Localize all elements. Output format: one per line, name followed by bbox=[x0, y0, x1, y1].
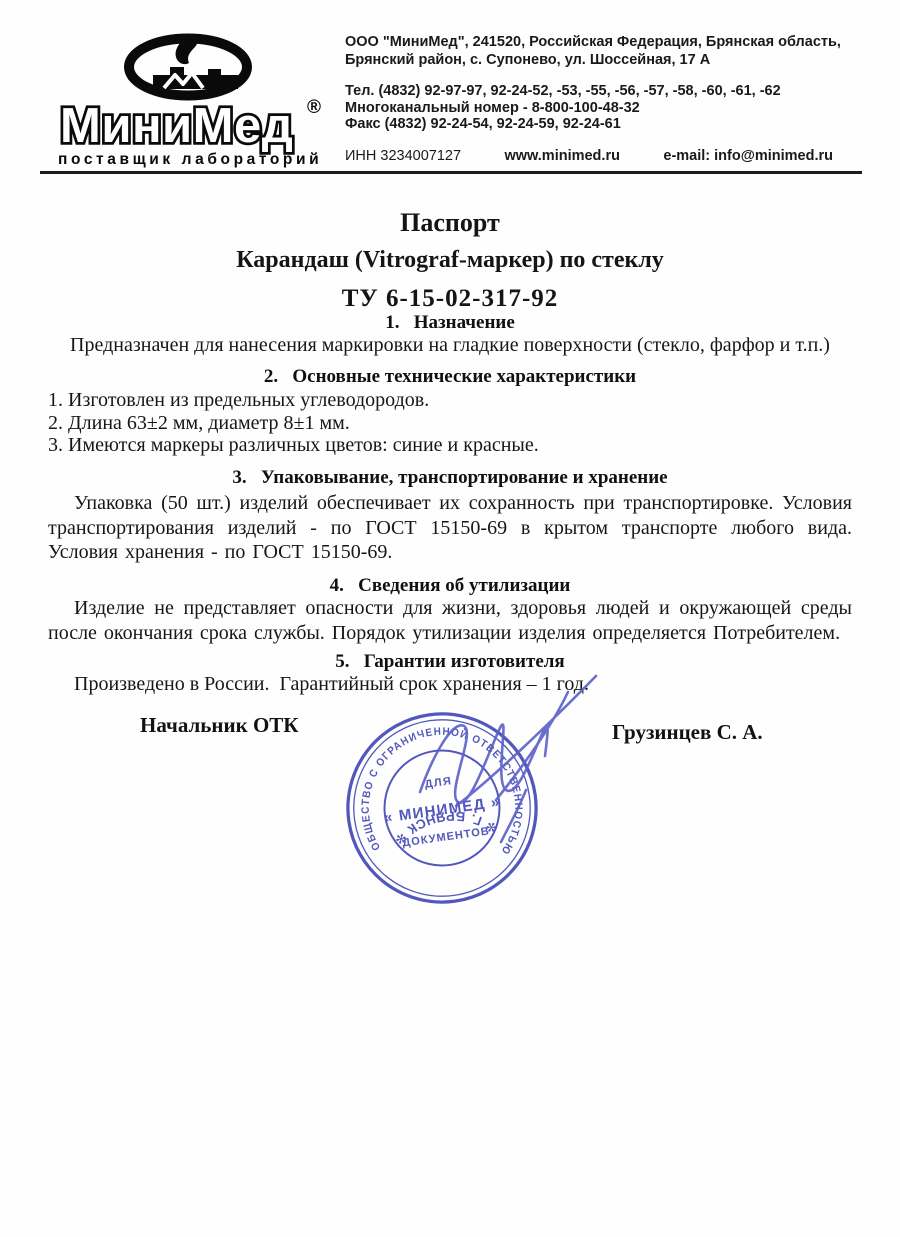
signature-scribble-icon bbox=[398, 668, 610, 850]
doc-title: Паспорт bbox=[0, 208, 900, 238]
website-text: www.minimed.ru bbox=[504, 148, 619, 164]
qc-chief-label: Начальник ОТК bbox=[140, 713, 299, 738]
section-2-heading: 2. Основные технические характеристики bbox=[0, 366, 900, 388]
fax-line: Факс (4832) 92-24-54, 92-24-59, 92-24-61 bbox=[345, 116, 865, 133]
header-divider bbox=[40, 171, 862, 174]
section-4-heading: 4. Сведения об утилизации bbox=[0, 575, 900, 597]
section-1-heading: 1. Назначение bbox=[0, 312, 900, 334]
list-item: 1. Изготовлен из предельных углеводородо… bbox=[48, 389, 858, 412]
address-line-2: Брянский район, с. Супонево, ул. Шоссейн… bbox=[345, 51, 865, 69]
logo-graphic: МиниМед ® поставщик лабораторий bbox=[58, 28, 338, 170]
inn-row: ИНН 3234007127 www.minimed.ru e-mail: in… bbox=[345, 148, 833, 164]
section-3-body: Упаковка (50 шт.) изделий обеспечивает и… bbox=[48, 491, 852, 565]
doc-standard-number: ТУ 6-15-02-317-92 bbox=[0, 285, 900, 313]
signatory-name: Грузинцев С. А. bbox=[612, 720, 763, 745]
document-page: МиниМед ® поставщик лабораторий ООО "Мин… bbox=[0, 0, 900, 1237]
registered-trademark-icon: ® bbox=[307, 97, 321, 118]
section-2-list: 1. Изготовлен из предельных углеводородо… bbox=[48, 389, 858, 457]
company-contacts: ООО "МиниМед", 241520, Российская Федера… bbox=[345, 33, 865, 133]
section-1-body: Предназначен для нанесения маркировки на… bbox=[40, 334, 860, 357]
phone-line: Тел. (4832) 92-97-97, 92-24-52, -53, -55… bbox=[345, 83, 865, 100]
address-line-1: ООО "МиниМед", 241520, Российская Федера… bbox=[345, 33, 865, 51]
doc-subtitle: Карандаш (Vitrograf-маркер) по стеклу bbox=[0, 247, 900, 274]
logo-tagline: поставщик лабораторий bbox=[58, 151, 322, 168]
list-item: 3. Имеются маркеры различных цветов: син… bbox=[48, 434, 858, 457]
multichannel-line: Многоканальный номер - 8-800-100-48-32 bbox=[345, 100, 865, 117]
signature-ink bbox=[398, 668, 610, 850]
title-block: Паспорт Карандаш (Vitrograf-маркер) по с… bbox=[0, 208, 900, 313]
section-4-body: Изделие не представляет опасности для жи… bbox=[48, 596, 852, 645]
inn-number: ИНН 3234007127 bbox=[345, 148, 461, 164]
section-3-heading: 3. Упаковывание, транспортирование и хра… bbox=[0, 467, 900, 489]
candle-oval-icon bbox=[129, 34, 247, 96]
brand-wordmark: МиниМед bbox=[60, 99, 293, 153]
email-text: e-mail: info@minimed.ru bbox=[663, 148, 833, 164]
company-logo: МиниМед ® поставщик лабораторий bbox=[58, 28, 338, 170]
list-item: 2. Длина 63±2 мм, диаметр 8±1 мм. bbox=[48, 412, 858, 435]
